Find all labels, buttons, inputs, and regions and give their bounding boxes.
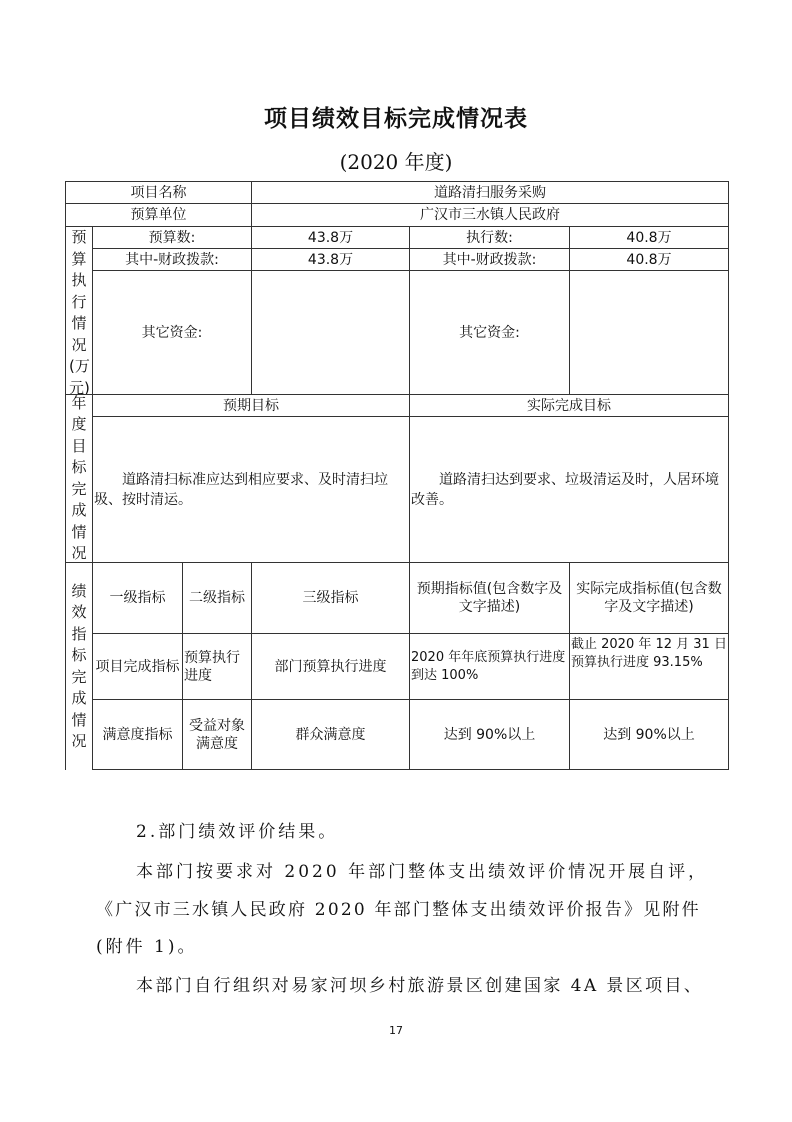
page-number: 17 — [0, 1024, 792, 1037]
indicator-header-level1: 一级指标 — [92, 562, 183, 634]
annual-section-label: 年度目标完成情况 — [65, 394, 93, 563]
indicator-row-2-actual: 达到 90%以上 — [569, 699, 729, 770]
performance-section-label: 绩效指标完成情况 — [65, 562, 93, 770]
indicator-row-2-level3: 群众满意度 — [251, 699, 410, 770]
expected-goal-text: 道路清扫标准应达到相应要求、及时清扫垃圾、按时清运。 — [92, 416, 410, 563]
budget-section-label: 预算执行情况(万元) — [65, 226, 93, 395]
indicator-header-expected: 预期指标值(包含数字及文字描述) — [409, 562, 570, 634]
project-name-value: 道路清扫服务采购 — [251, 181, 729, 204]
paragraph-2: 本部门自行组织对易家河坝乡村旅游景区创建国家 4A 景区项目、 — [136, 976, 770, 996]
paragraph-1-line-3: (附件 1)。 — [96, 937, 730, 957]
indicator-row-1-actual: 截止 2020 年 12 月 31 日预算执行进度 93.15% — [569, 633, 729, 700]
indicator-row-1-expected: 2020 年年底预算执行进度到达 100% — [409, 633, 570, 700]
indicator-header-level2: 二级指标 — [182, 562, 252, 634]
budget-unit-value: 广汉市三水镇人民政府 — [251, 203, 729, 227]
indicator-row-1-level1: 项目完成指标 — [92, 633, 183, 700]
indicator-header-level3: 三级指标 — [251, 562, 410, 634]
indicator-row-2-expected: 达到 90%以上 — [409, 699, 570, 770]
actual-goal-text: 道路清扫达到要求、垃圾清运及时，人居环境改善。 — [409, 416, 729, 563]
other-funds-value-budget — [251, 270, 410, 395]
indicator-row-1-level2: 预算执行进度 — [182, 633, 252, 700]
indicator-row-2-level2: 受益对象满意度 — [182, 699, 252, 770]
document-title: 项目绩效目标完成情况表 — [0, 100, 792, 133]
actual-goal-header: 实际完成目标 — [409, 394, 729, 417]
fiscal-label-budget: 其中-财政拨款: — [92, 248, 252, 271]
other-funds-value-executed — [569, 270, 729, 395]
paragraph-1-line-2: 《广汉市三水镇人民政府 2020 年部门整体支出绩效评价报告》见附件 — [96, 900, 730, 920]
paragraph-1-line-1: 本部门按要求对 2020 年部门整体支出绩效评价情况开展自评， — [136, 862, 770, 882]
other-funds-label-executed: 其它资金: — [409, 270, 570, 395]
budget-amount-value: 43.8万 — [251, 226, 410, 249]
expected-goal-header: 预期目标 — [92, 394, 410, 417]
budget-unit-label: 预算单位 — [65, 203, 252, 227]
executed-label: 执行数: — [409, 226, 570, 249]
indicator-row-2-level1: 满意度指标 — [92, 699, 183, 770]
fiscal-label-executed: 其中-财政拨款: — [409, 248, 570, 271]
section-heading: 2.部门绩效评价结果。 — [136, 822, 770, 842]
fiscal-value-executed: 40.8万 — [569, 248, 729, 271]
indicator-header-actual: 实际完成指标值(包含数字及文字描述) — [569, 562, 729, 634]
fiscal-value-budget: 43.8万 — [251, 248, 410, 271]
budget-amount-label: 预算数: — [92, 226, 252, 249]
project-name-label: 项目名称 — [65, 181, 252, 204]
document-subtitle: (2020 年度) — [0, 146, 792, 175]
other-funds-label-budget: 其它资金: — [92, 270, 252, 395]
executed-value: 40.8万 — [569, 226, 729, 249]
indicator-row-1-level3: 部门预算执行进度 — [251, 633, 410, 700]
